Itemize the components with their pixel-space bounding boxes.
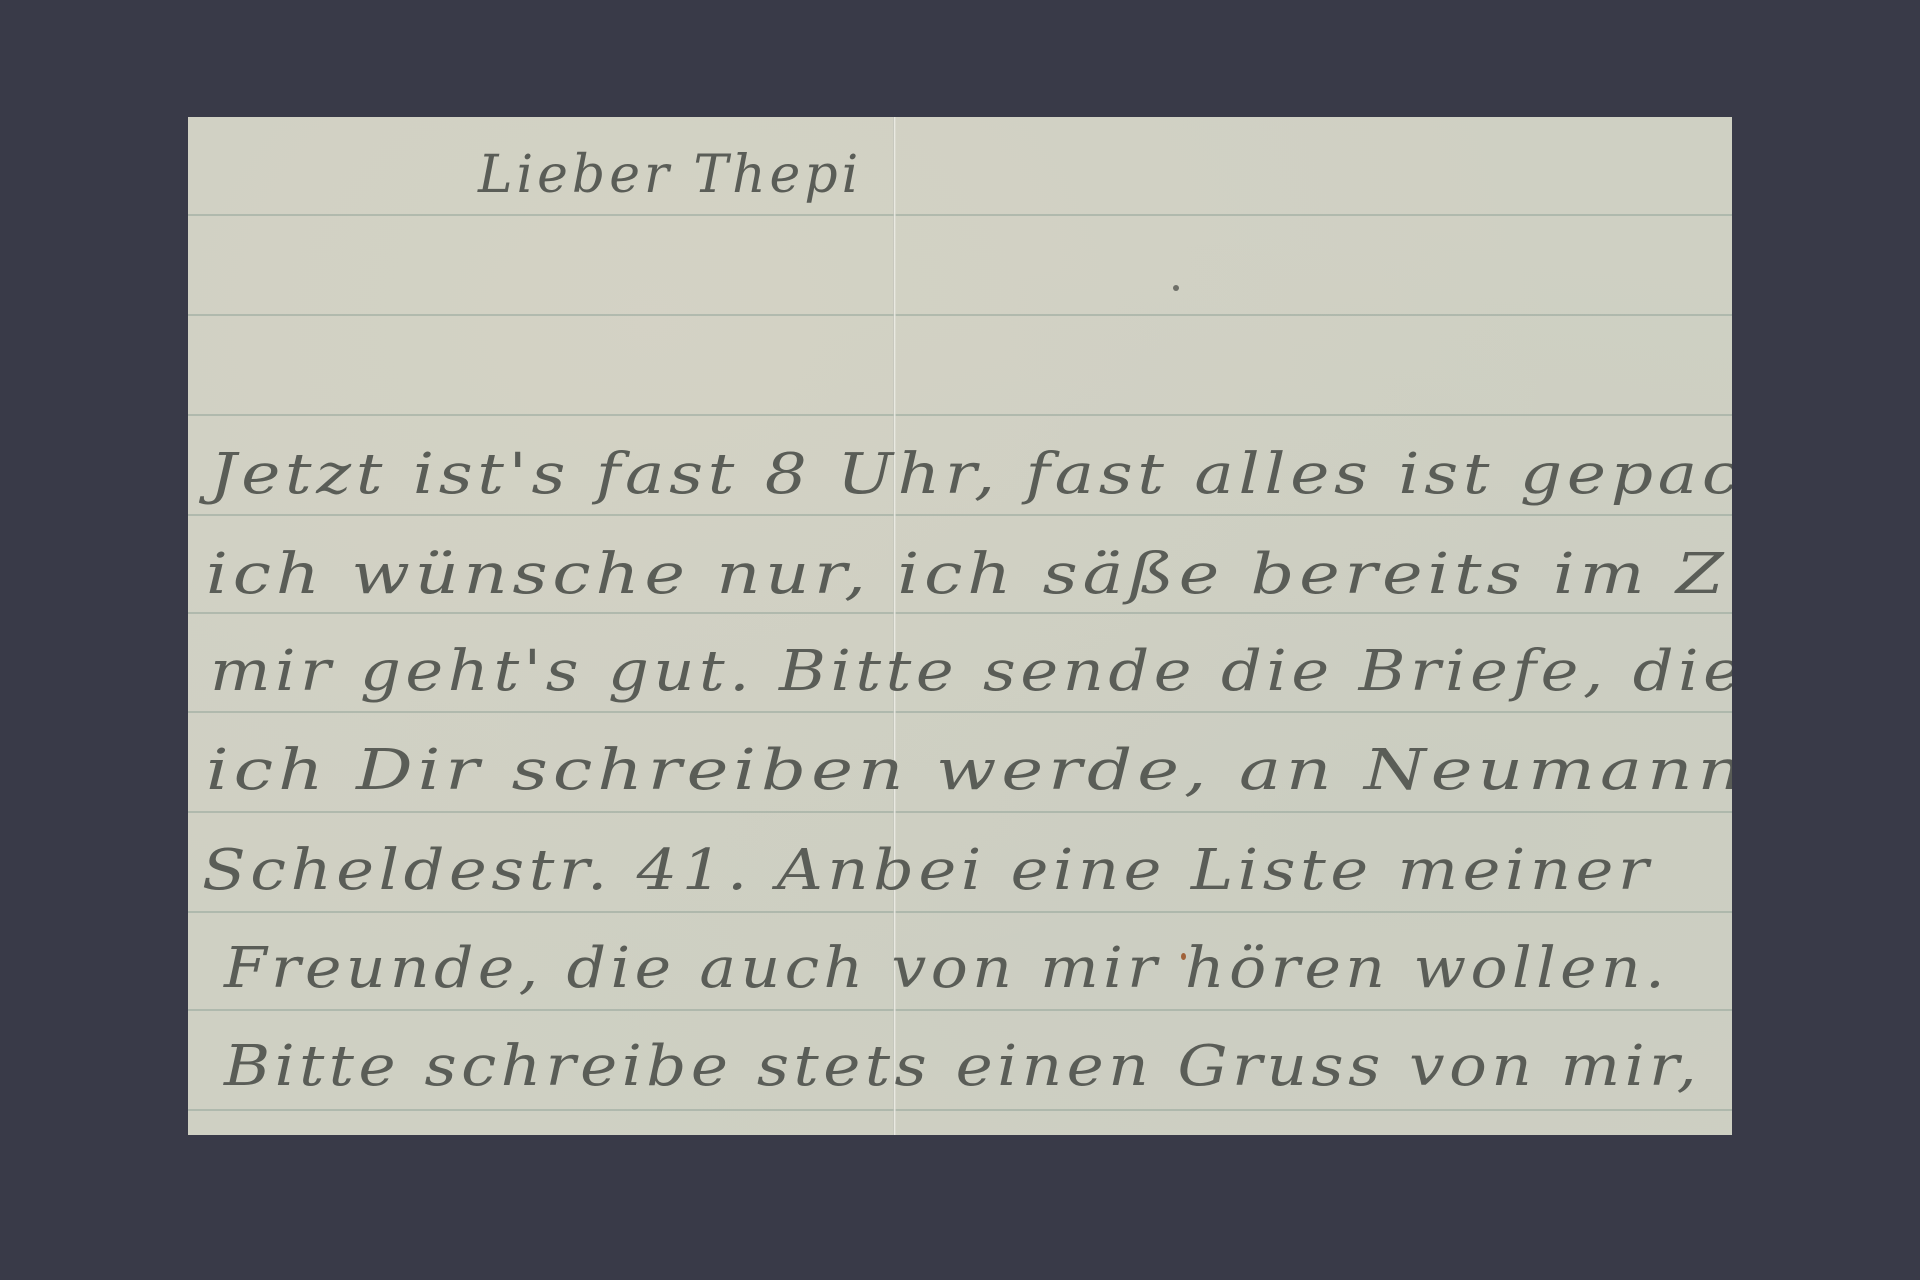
letter-line-8: an meinen Freund in der Schweiz. xyxy=(228,1121,1664,1135)
letter-line-3: mir geht's gut. Bitte sende die Briefe, … xyxy=(210,632,1732,712)
letter-salutation: Lieber Thepi xyxy=(478,145,862,205)
handwritten-letter-page: Lieber Thepi Jetzt ist's fast 8 Uhr, fas… xyxy=(188,117,1732,1135)
ruled-line xyxy=(188,214,1732,216)
ruled-line xyxy=(188,811,1732,813)
letter-line-4: ich Dir schreiben werde, an Neumann xyxy=(206,731,1732,811)
letter-line-7: Bitte schreibe stets einen Gruss von mir… xyxy=(224,1027,1701,1107)
letter-line-2: ich wünsche nur, ich säße bereits im Zug… xyxy=(206,535,1732,615)
letter-line-1: Jetzt ist's fast 8 Uhr, fast alles ist g… xyxy=(210,435,1732,515)
ruled-line xyxy=(188,911,1732,913)
ruled-line xyxy=(188,1109,1732,1111)
viewer-background: Lieber Thepi Jetzt ist's fast 8 Uhr, fas… xyxy=(0,0,1920,1280)
letter-line-6: Freunde, die auch von mir hören wollen. xyxy=(224,929,1669,1009)
ruled-line xyxy=(188,1009,1732,1011)
ruled-line xyxy=(188,314,1732,316)
letter-line-5: Scheldestr. 41. Anbei eine Liste meiner xyxy=(202,831,1653,911)
ink-speck xyxy=(1173,285,1179,291)
ruled-line xyxy=(188,414,1732,416)
